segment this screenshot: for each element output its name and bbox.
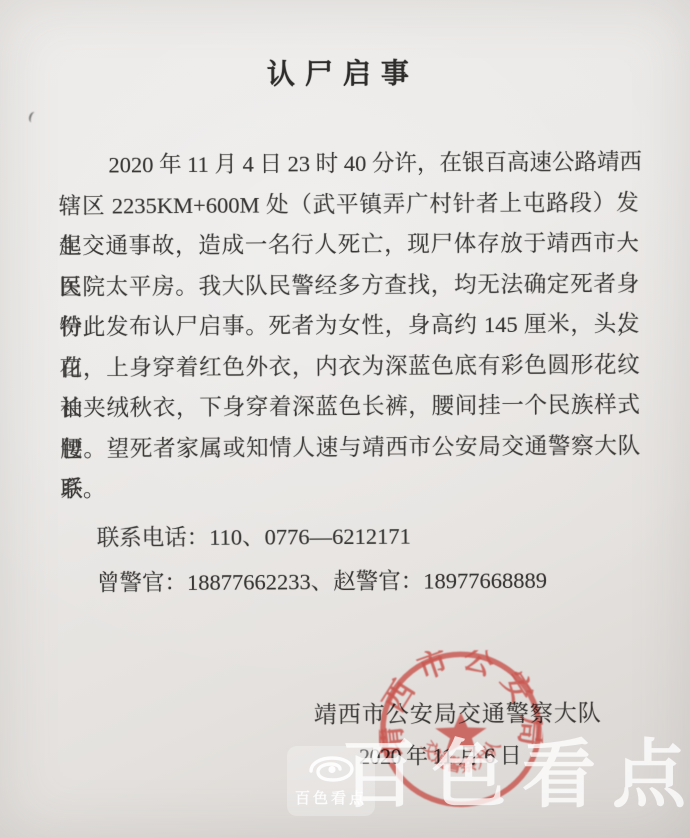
body-line: 起交通事故，造成一名行人死亡，现尸体存放于靖西市人民 — [59, 223, 639, 267]
contact-officers-line: 曾警官：18877662233、赵警官：18977668889 — [97, 557, 657, 605]
watermark-badge-label: 百色看点 — [295, 787, 367, 808]
ink-speck — [28, 111, 39, 124]
body-line: 袖夹绒秋衣，下身穿着深蓝色长裤，腰间挂一个民族样式腰 — [60, 385, 640, 429]
body-line: 辖区 2235KM+600M 处（武平镇弄广村针者上屯路段）发生一 — [59, 183, 639, 227]
photographed-notice-page: 认尸启事 2020 年 11 月 4 日 23 时 40 分许，在银百高速公路靖… — [0, 0, 690, 838]
notice-body: 2020 年 11 月 4 日 23 时 40 分许，在银百高速公路靖西 辖区 … — [58, 142, 640, 510]
paper-sheet: 认尸启事 2020 年 11 月 4 日 23 时 40 分许，在银百高速公路靖… — [0, 0, 690, 838]
contact-info: 联系电话：110、0776—6212171 曾警官：18877662233、赵警… — [97, 512, 658, 605]
body-line: 白，上身穿着红色外衣，内衣为深蓝色底有彩色圆形花纹长 — [60, 345, 640, 389]
site-watermark-text: 百色看点 — [342, 738, 690, 812]
body-line: 系。 — [60, 466, 640, 510]
site-watermark-badge: 百色看点 — [287, 746, 375, 816]
contact-phone-line: 联系电话：110、0776—6212171 — [97, 512, 657, 560]
swirl-galaxy-icon — [305, 755, 357, 785]
body-line: 医院太平房。我大队民警经多方查找，均无法确定死者身份， — [59, 264, 639, 308]
notice-title: 认尸启事 — [0, 50, 688, 94]
body-line: 包。望死者家属或知情人速与靖西市公安局交通警察大队联 — [60, 426, 640, 470]
body-line: 2020 年 11 月 4 日 23 时 40 分许，在银百高速公路靖西 — [58, 142, 638, 186]
body-line: 特此发布认尸启事。死者为女性，身高约 145 厘米，头发花 — [59, 304, 639, 348]
